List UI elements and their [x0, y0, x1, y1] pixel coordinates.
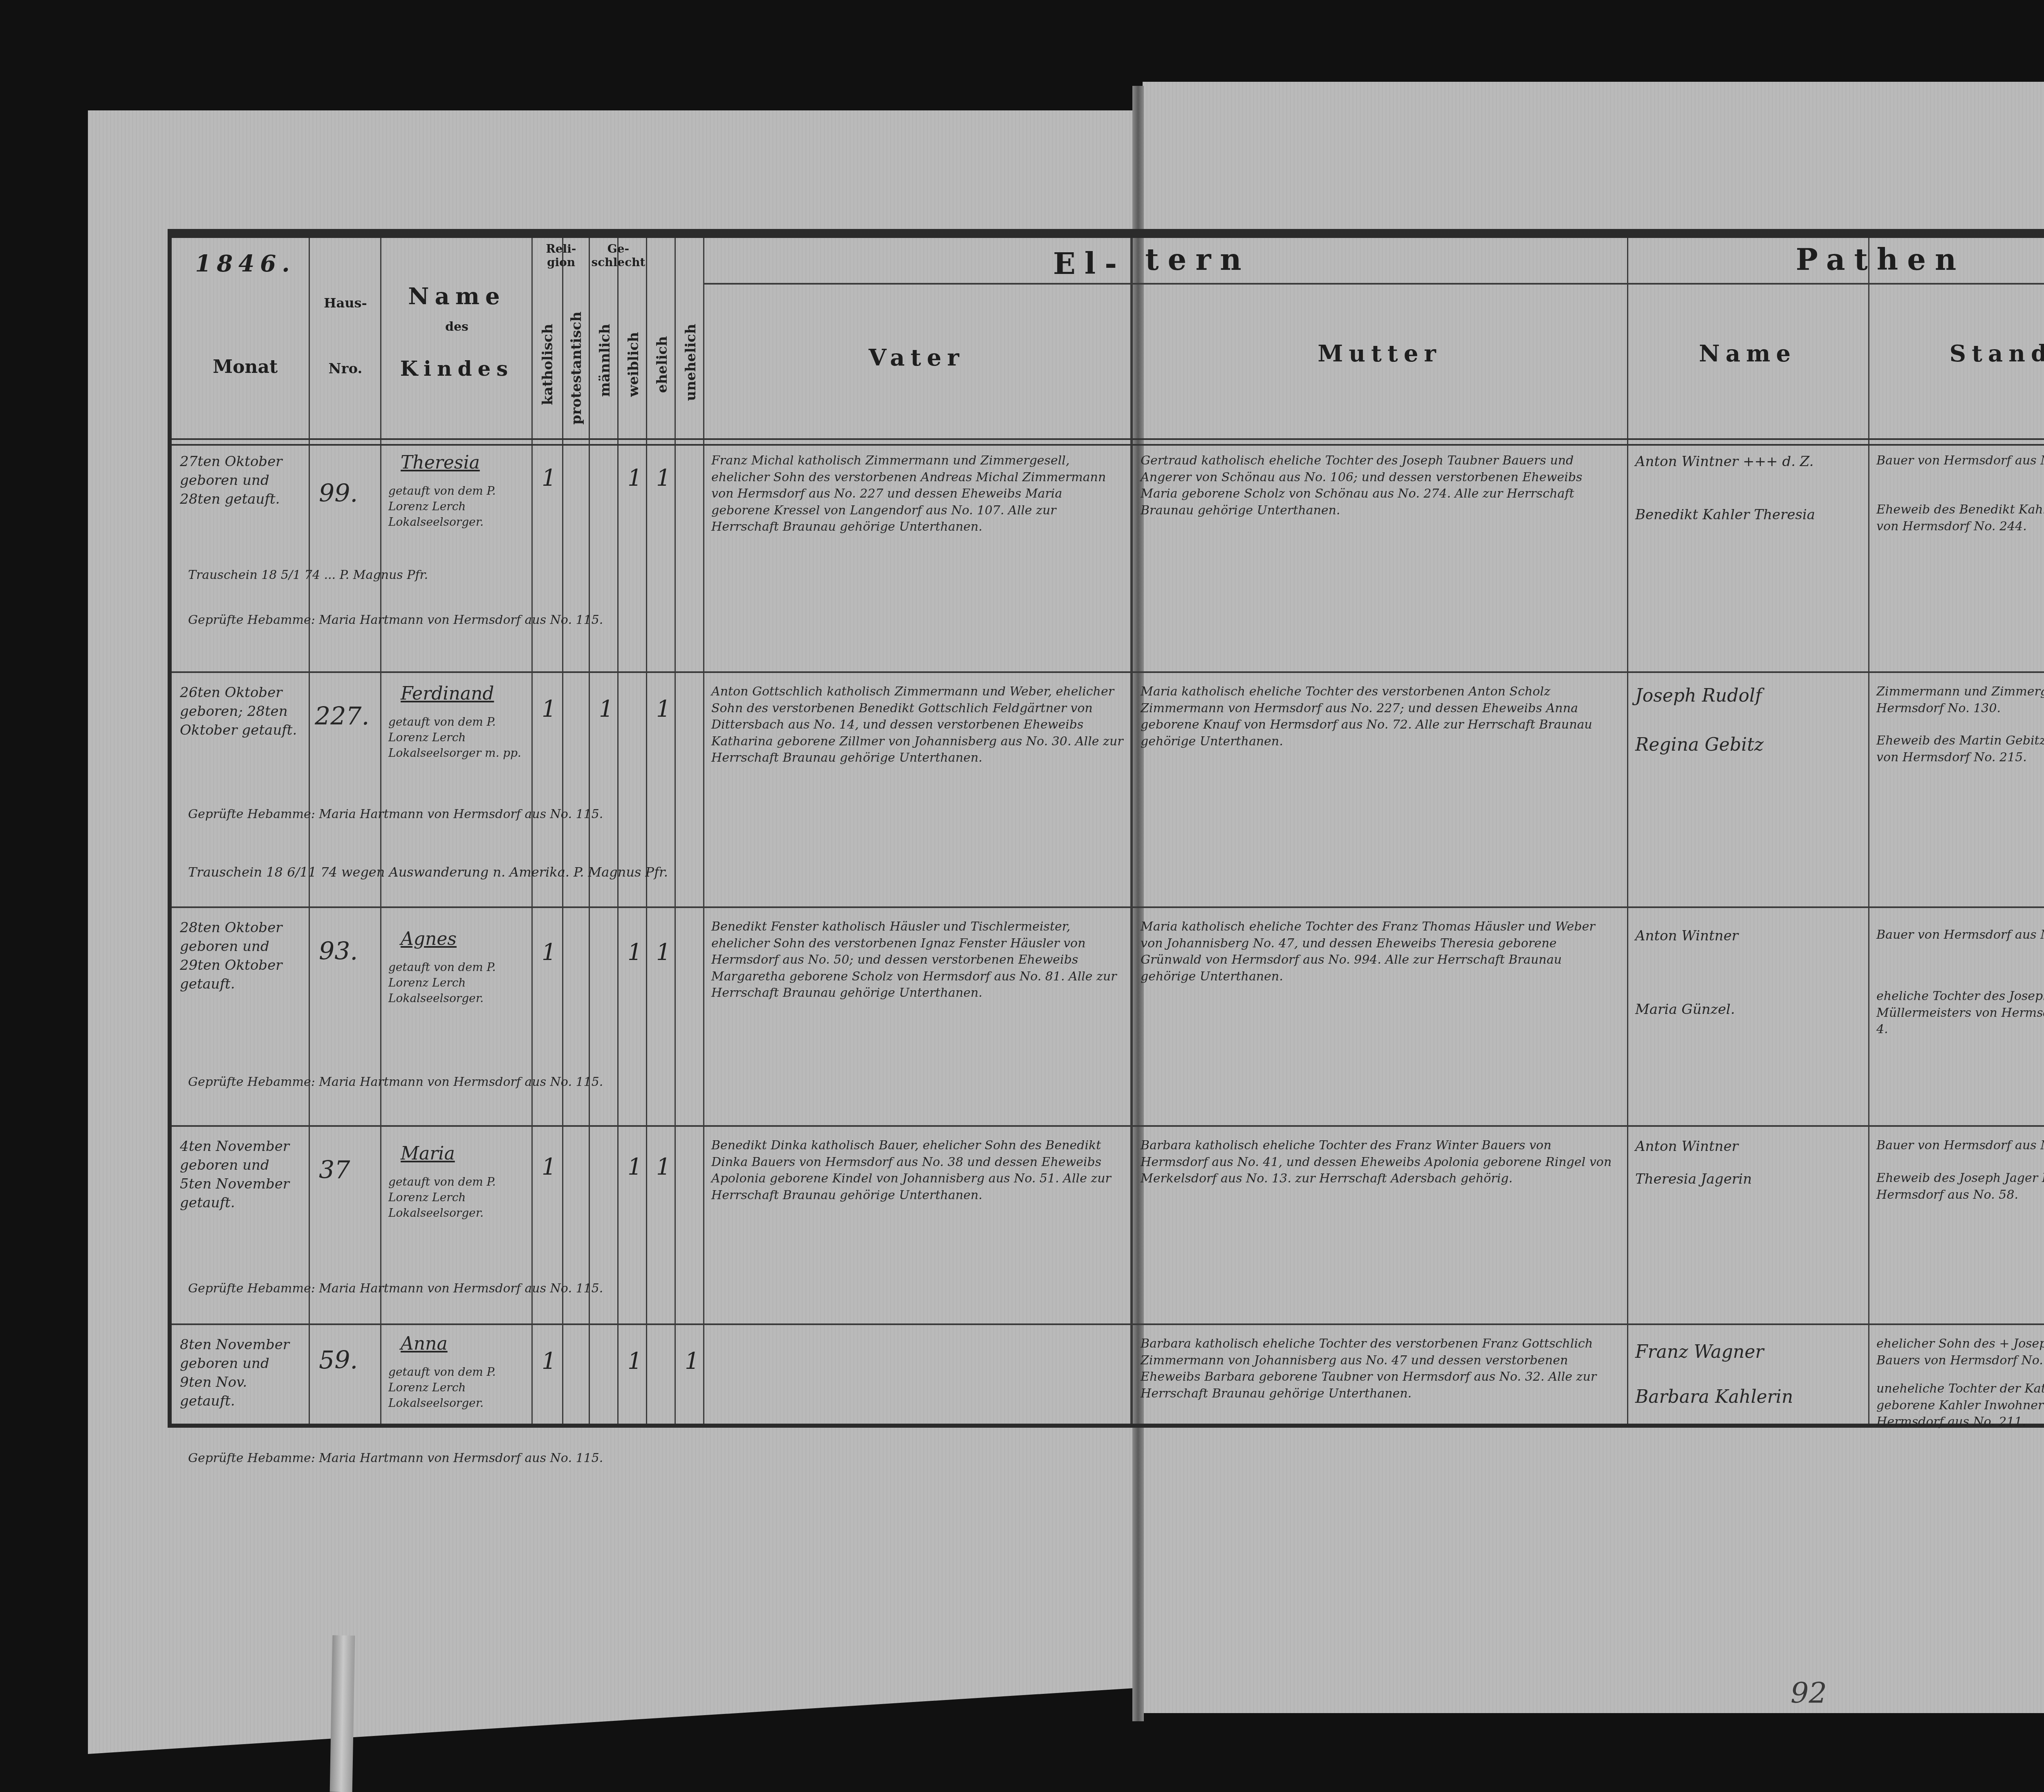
entry-margin-note: Trauschein 18 6/11 74 wegen Auswanderung… [188, 863, 2044, 881]
geschlecht-header: Ge-schlecht [591, 242, 646, 269]
name-header: Name [382, 283, 531, 310]
godparent-2-name: Barbara Kahlerin [1635, 1385, 1864, 1409]
entry-father: Franz Michal katholisch Zimmermann und Z… [711, 453, 1124, 536]
row-divider [172, 671, 2044, 673]
register-entry: 28ten Oktober geboren und 29ten Oktober … [172, 911, 2044, 1123]
entry-mother: Gertraud katholisch eheliche Tochter des… [1141, 453, 1619, 519]
mark-weiblich: 1 [628, 1154, 642, 1180]
ehelich-header: ehelich [654, 336, 670, 393]
entry-midwife: Geprüfte Hebamme: Maria Hartmann von Her… [188, 1074, 695, 1091]
kindes-header: Kindes [382, 357, 531, 381]
godparent-2-stand: Eheweib des Joseph Jager Bauers von Herm… [1876, 1170, 2044, 1203]
godparent-1-name: Anton Wintner [1635, 1137, 1864, 1156]
godparent-1-stand: ehelicher Sohn des + Joseph Wagner Bauer… [1876, 1336, 2044, 1369]
entry-baptized-by: getauft von dem P. Lorenz Lerch Lokalsee… [388, 1364, 527, 1411]
godparent-1-name: Joseph Rudolf [1635, 684, 1864, 708]
protestantisch-header: protestantisch [568, 312, 585, 424]
godparent-2-stand: Eheweib des Martin Gebitz Häuslers von H… [1876, 733, 2044, 766]
eltern-header-right: tern [1136, 242, 1259, 277]
godparent-2-name: Benedikt Kahler Theresia [1635, 506, 1864, 525]
row-divider [172, 906, 2044, 908]
godparent-2-name: Regina Gebitz [1635, 733, 1864, 757]
haus-header: Haus- [311, 295, 380, 311]
nro-header: Nro. [311, 361, 380, 377]
entry-house-no: 37 [319, 1154, 376, 1187]
mark-weiblich: 1 [628, 939, 642, 966]
mark-ehelich: 1 [656, 465, 671, 491]
entry-baptized-by: getauft von dem P. Lorenz Lerch Lokalsee… [388, 1174, 527, 1220]
register-table: 1846. Monat Haus- Nro. Name des Kindes R… [168, 229, 2044, 1428]
religion-header: Reli-gion [533, 242, 589, 269]
godparent-1-stand: Bauer von Hermsdorf aus No. 53. [1876, 1137, 2044, 1154]
row-divider [172, 1323, 2044, 1325]
register-entry: 4ten November geboren und 5ten November … [172, 1129, 2044, 1321]
entry-date: 8ten November geboren und 9ten Nov. geta… [180, 1336, 303, 1411]
register-entry: 8ten November geboren und 9ten Nov. geta… [172, 1328, 2044, 1540]
pathen-stand-header: Stand [1868, 340, 2044, 367]
monat-header: Monat [184, 357, 307, 377]
mark-katholisch: 1 [542, 1348, 556, 1375]
entry-baptized-by: getauft von dem P. Lorenz Lerch Lokalsee… [388, 960, 527, 1006]
entry-date: 27ten Oktober geboren und 28ten getauft. [180, 453, 303, 509]
godparent-1-name: Anton Wintner +++ d. Z. [1635, 453, 1864, 471]
entry-mother: Maria katholisch eheliche Tochter des ve… [1141, 684, 1619, 750]
entry-date: 28ten Oktober geboren und 29ten Oktober … [180, 919, 303, 994]
mark-ehelich: 1 [656, 696, 671, 722]
entry-father: Benedikt Dinka katholisch Bauer, ehelich… [711, 1137, 1124, 1204]
entry-child-name: Ferdinand [401, 682, 523, 706]
entry-midwife: Geprüfte Hebamme: Maria Hartmann von Her… [188, 806, 695, 823]
year-cell: 1846. [184, 250, 307, 277]
pathen-header: Pathen [1627, 242, 2044, 277]
mark-weiblich: 1 [628, 465, 642, 491]
entry-father: Benedikt Fenster katholisch Häusler und … [711, 919, 1124, 1002]
mark-weiblich: 1 [628, 1348, 642, 1375]
godparent-1-name: Franz Wagner [1635, 1340, 1864, 1364]
godparent-1-stand: Zimmermann und Zimmergesell von Hermsdor… [1876, 684, 2044, 717]
row-divider [172, 1125, 2044, 1127]
godparent-2-stand: uneheliche Tochter der Katharina geboren… [1876, 1381, 2044, 1431]
entry-house-no: 93. [319, 935, 376, 968]
archive-page-number: 92 [1791, 1676, 1827, 1710]
entry-midwife: Geprüfte Hebamme: Maria Hartmann von Her… [188, 1281, 695, 1297]
entry-child-name: Agnes [401, 927, 523, 951]
register-entry: 27ten Oktober geboren und 28ten getauft.… [172, 444, 2044, 669]
mark-ehelich: 1 [656, 1154, 671, 1180]
vater-header: Vater [703, 344, 1130, 371]
mark-katholisch: 1 [542, 1154, 556, 1180]
entry-child-name: Anna [401, 1332, 523, 1356]
wooden-pointer [330, 1635, 355, 1792]
entry-margin-note: Trauschein 18 5/1 74 ... P. Magnus Pfr. [188, 567, 679, 584]
mark-katholisch: 1 [542, 696, 556, 722]
entry-father: Anton Gottschlich katholisch Zimmermann … [711, 684, 1124, 767]
entry-baptized-by: getauft von dem P. Lorenz Lerch Lokalsee… [388, 483, 527, 529]
mark-katholisch: 1 [542, 465, 556, 491]
godparent-1-name: Anton Wintner [1635, 927, 1864, 946]
des-header: des [382, 320, 531, 334]
eltern-subheader-line [703, 283, 2044, 285]
entry-house-no: 99. [319, 477, 376, 510]
entry-house-no: 59. [319, 1344, 376, 1377]
entry-date: 26ten Oktober geboren; 28ten Oktober get… [180, 684, 303, 740]
mark-ehelich: 1 [656, 939, 671, 966]
unehelich-header: unehelich [683, 324, 699, 401]
katholisch-header: katholisch [540, 324, 556, 405]
register-entry: 26ten Oktober geboren; 28ten Oktober get… [172, 675, 2044, 904]
entry-baptized-by: getauft von dem P. Lorenz Lerch Lokalsee… [388, 714, 527, 760]
godparent-2-name: Maria Günzel. [1635, 1000, 1864, 1019]
entry-mother: Barbara katholisch eheliche Tochter des … [1141, 1137, 1619, 1187]
entry-midwife: Geprüfte Hebamme: Maria Hartmann von Her… [188, 1450, 695, 1467]
entry-date: 4ten November geboren und 5ten November … [180, 1137, 303, 1213]
mutter-header: Mutter [1132, 340, 1627, 367]
mark-maennlich: 1 [599, 696, 614, 722]
pathen-name-header: Name [1627, 340, 1868, 367]
entry-mother: Maria katholisch eheliche Tochter des Fr… [1141, 919, 1619, 985]
maennlich-header: männlich [597, 324, 613, 397]
mark-unehelich: 1 [685, 1348, 699, 1375]
eltern-header-left: El- [1051, 246, 1128, 281]
entry-child-name: Theresia [401, 451, 523, 475]
entry-mother: Barbara katholisch eheliche Tochter des … [1141, 1336, 1619, 1402]
entry-child-name: Maria [401, 1142, 523, 1166]
godparent-2-name: Theresia Jagerin [1635, 1170, 1864, 1189]
godparent-2-stand: eheliche Tochter des Joseph Günzel Mülle… [1876, 988, 2044, 1038]
godparent-1-stand: Bauer von Hermsdorf aus No. 96. [1876, 927, 2044, 944]
entry-midwife: Geprüfte Hebamme: Maria Hartmann von Her… [188, 612, 695, 629]
mark-katholisch: 1 [542, 939, 556, 966]
godparent-1-stand: Bauer von Hermsdorf aus No. 96. [1876, 453, 2044, 469]
entry-house-no: 227. [315, 700, 376, 733]
weiblich-header: weiblich [625, 332, 642, 397]
godparent-2-stand: Eheweib des Benedikt Kahler Häuslers von… [1876, 502, 2044, 535]
